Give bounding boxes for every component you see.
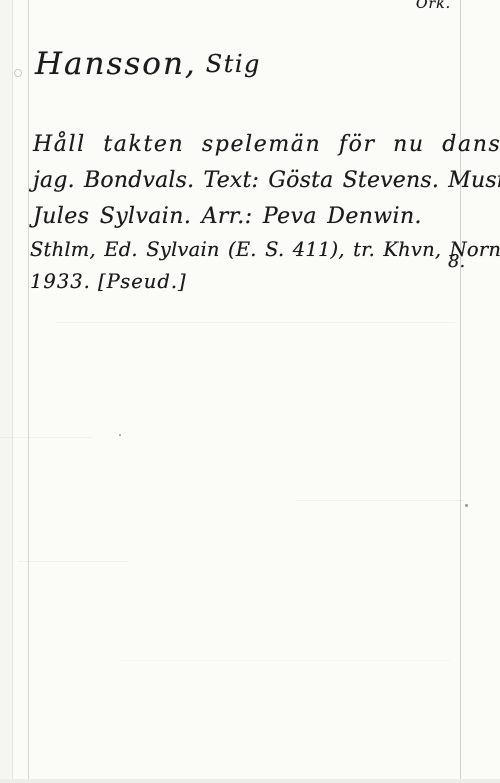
left-margin-rule xyxy=(28,0,29,783)
heading-given-name: Stig xyxy=(206,50,261,78)
catalog-card-scan: Ork. Hansson,Stig Håll takten spelemän f… xyxy=(0,0,500,783)
format-mark: 8. xyxy=(448,251,465,272)
entry-line-credits: Jules Sylvain. Arr.: Peva Denwin. xyxy=(33,204,422,229)
entry-line-imprint: Sthlm, Ed. Sylvain (E. S. 411), tr. Khvn… xyxy=(30,238,500,261)
card-heading: Hansson,Stig xyxy=(35,46,261,82)
scan-streak xyxy=(295,500,465,501)
scan-streak xyxy=(18,561,128,562)
scan-streak xyxy=(55,322,455,323)
scan-bottom-edge xyxy=(0,779,500,783)
entry-line-title-2: jag. Bondvals. Text: Gösta Stevens. Musi… xyxy=(33,168,500,193)
scan-speck xyxy=(119,434,121,436)
right-margin-rule xyxy=(460,0,461,783)
entry-line-year-pseud: 1933. [Pseud.] xyxy=(30,270,187,293)
scan-edge-strip xyxy=(0,0,13,783)
scan-streak xyxy=(0,437,92,438)
scan-streak xyxy=(120,660,450,661)
scan-speck xyxy=(465,504,468,507)
hole-mark-circle xyxy=(14,69,22,77)
entry-line-title-1: Håll takten spelemän för nu dansar xyxy=(33,132,500,157)
heading-surname: Hansson, xyxy=(35,46,197,82)
corner-pencil-note: Ork. xyxy=(416,0,451,12)
